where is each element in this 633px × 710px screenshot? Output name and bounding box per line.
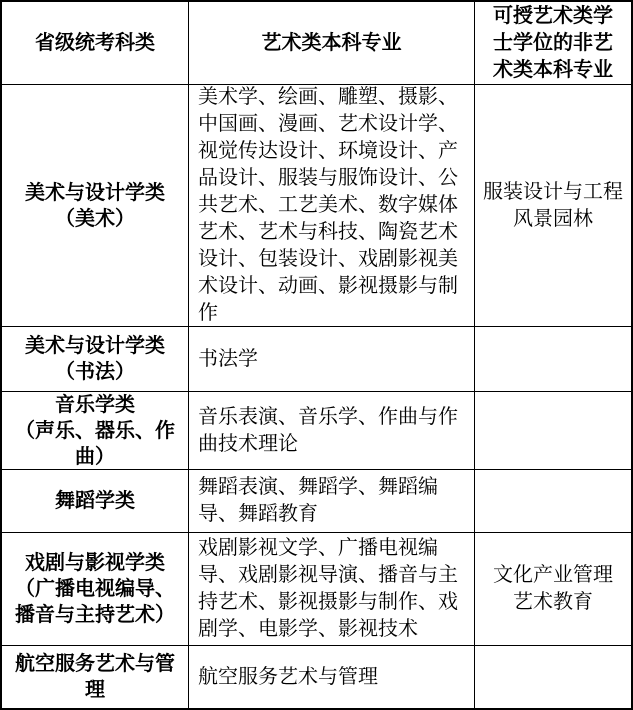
row-majors-music: 音乐表演、音乐学、作曲与作 曲技术理论 xyxy=(189,392,475,470)
header-cell-nonart-majors: 可授艺术类学 士学位的非艺 术类本科专业 xyxy=(475,2,631,85)
row-category-drama-film: 戏剧与影视学类 （广播电视编导、 播音与主持艺术） xyxy=(2,533,189,646)
row-nonart-dance xyxy=(475,470,631,533)
row-majors-dance: 舞蹈表演、舞蹈学、舞蹈编 导、舞蹈教育 xyxy=(189,470,475,533)
row-nonart-drama-film: 文化产业管理 艺术教育 xyxy=(475,533,631,646)
row-category-art-design-calligraphy: 美术与设计学类 （书法） xyxy=(2,327,189,392)
row-majors-art-design-calligraphy: 书法学 xyxy=(189,327,475,392)
header-cell-exam-category: 省级统考科类 xyxy=(2,2,189,85)
header-cell-art-majors: 艺术类本科专业 xyxy=(189,2,475,85)
row-nonart-art-design-art: 服装设计与工程 风景园林 xyxy=(475,85,631,327)
row-nonart-art-design-calligraphy xyxy=(475,327,631,392)
row-category-aviation-service: 航空服务艺术与管 理 xyxy=(2,646,189,708)
row-majors-drama-film: 戏剧影视文学、广播电视编 导、戏剧影视导演、播音与主 持艺术、影视摄影与制作、戏… xyxy=(189,533,475,646)
row-nonart-music xyxy=(475,392,631,470)
majors-table: 省级统考科类 艺术类本科专业 可授艺术类学 士学位的非艺 术类本科专业 美术与设… xyxy=(0,0,633,710)
row-majors-art-design-art: 美术学、绘画、雕塑、摄影、 中国画、漫画、艺术设计学、 视觉传达设计、环境设计、… xyxy=(189,85,475,327)
row-category-dance: 舞蹈学类 xyxy=(2,470,189,533)
row-category-art-design-art: 美术与设计学类 （美术） xyxy=(2,85,189,327)
row-nonart-aviation-service xyxy=(475,646,631,708)
row-majors-aviation-service: 航空服务艺术与管理 xyxy=(189,646,475,708)
row-category-music: 音乐学类 （声乐、器乐、作 曲） xyxy=(2,392,189,470)
